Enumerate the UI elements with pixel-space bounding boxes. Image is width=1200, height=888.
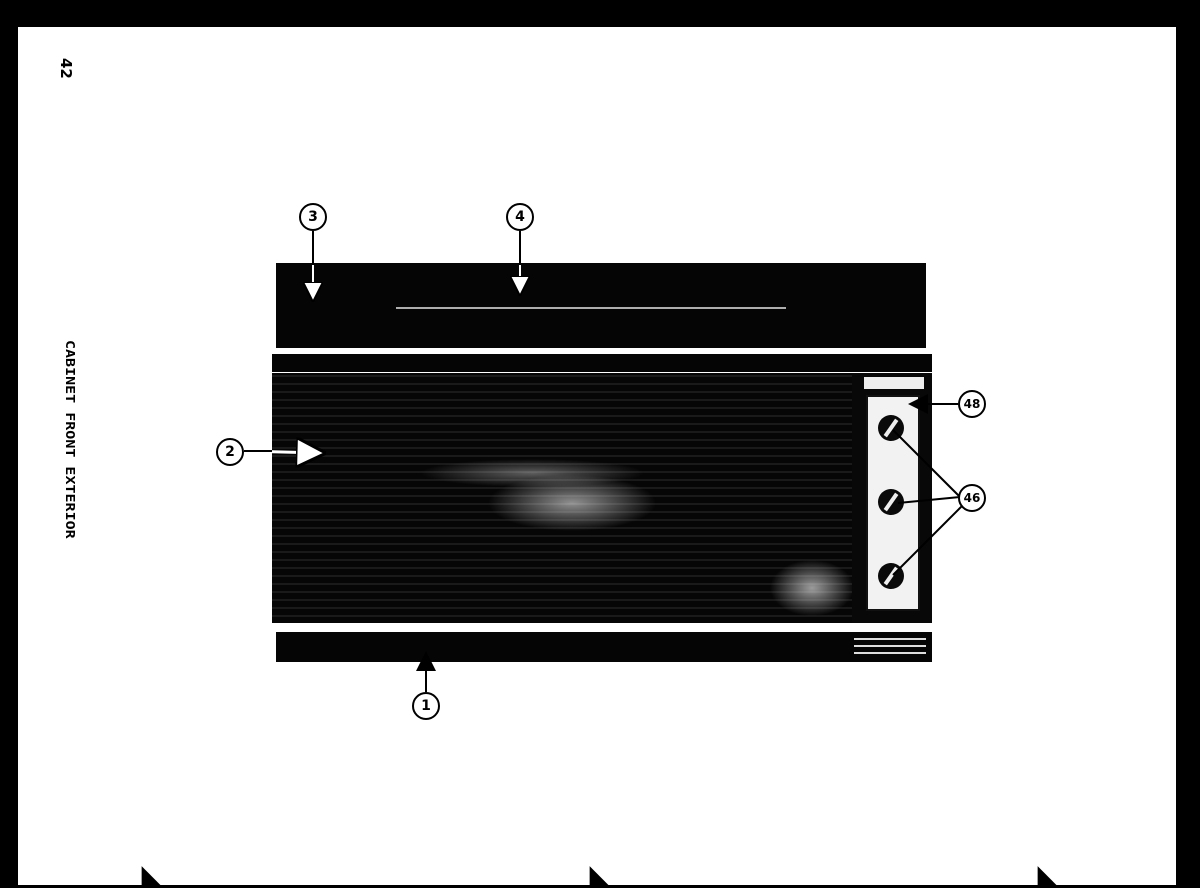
vent-slot	[854, 645, 926, 647]
control-knob-1	[878, 415, 904, 441]
oven-door	[272, 373, 852, 623]
page-number: 42	[57, 58, 75, 79]
callout-48: 48	[958, 390, 986, 418]
upper-strip	[272, 354, 932, 372]
vent-slot	[854, 652, 926, 654]
control-label-strip	[864, 377, 924, 389]
bottom-trim-strip	[276, 632, 932, 662]
vent-slot	[854, 638, 926, 640]
control-panel	[852, 373, 932, 623]
callout-4: 4	[506, 203, 534, 231]
callout-3: 3	[299, 203, 327, 231]
control-knob-3	[878, 563, 904, 589]
scan-mark: ◣	[1038, 862, 1058, 888]
callout-2: 2	[216, 438, 244, 466]
control-panel-face	[866, 395, 920, 611]
control-knob-2	[878, 489, 904, 515]
scan-mark: ◣	[142, 862, 162, 888]
callout-46: 46	[958, 484, 986, 512]
top-panel-trim-line	[396, 307, 786, 309]
top-panel	[276, 263, 926, 348]
section-title: CABINET FRONT EXTERIOR	[63, 340, 78, 539]
callout-1: 1	[412, 692, 440, 720]
scan-mark: ◣	[590, 862, 610, 888]
